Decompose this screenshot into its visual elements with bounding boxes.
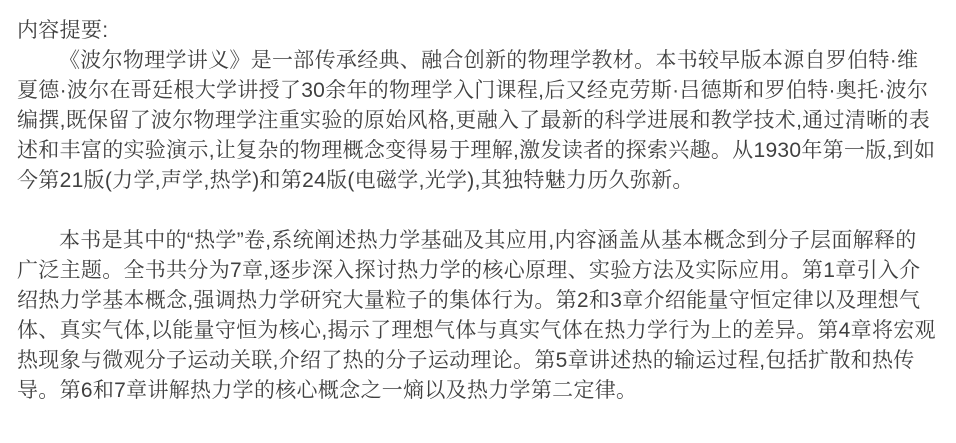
summary-paragraph-book-intro: 《波尔物理学讲义》是一部传承经典、融合创新的物理学教材。本书较早版本源自罗伯特·… xyxy=(17,46,936,196)
summary-paragraph-volume-contents: 本书是其中的“热学”卷,系统阐述热力学基础及其应用,内容涵盖从基本概念到分子层面… xyxy=(17,226,936,406)
book-summary-page: 内容提要: 《波尔物理学讲义》是一部传承经典、融合创新的物理学教材。本书较早版本… xyxy=(0,0,956,443)
summary-heading: 内容提要: xyxy=(17,16,936,46)
